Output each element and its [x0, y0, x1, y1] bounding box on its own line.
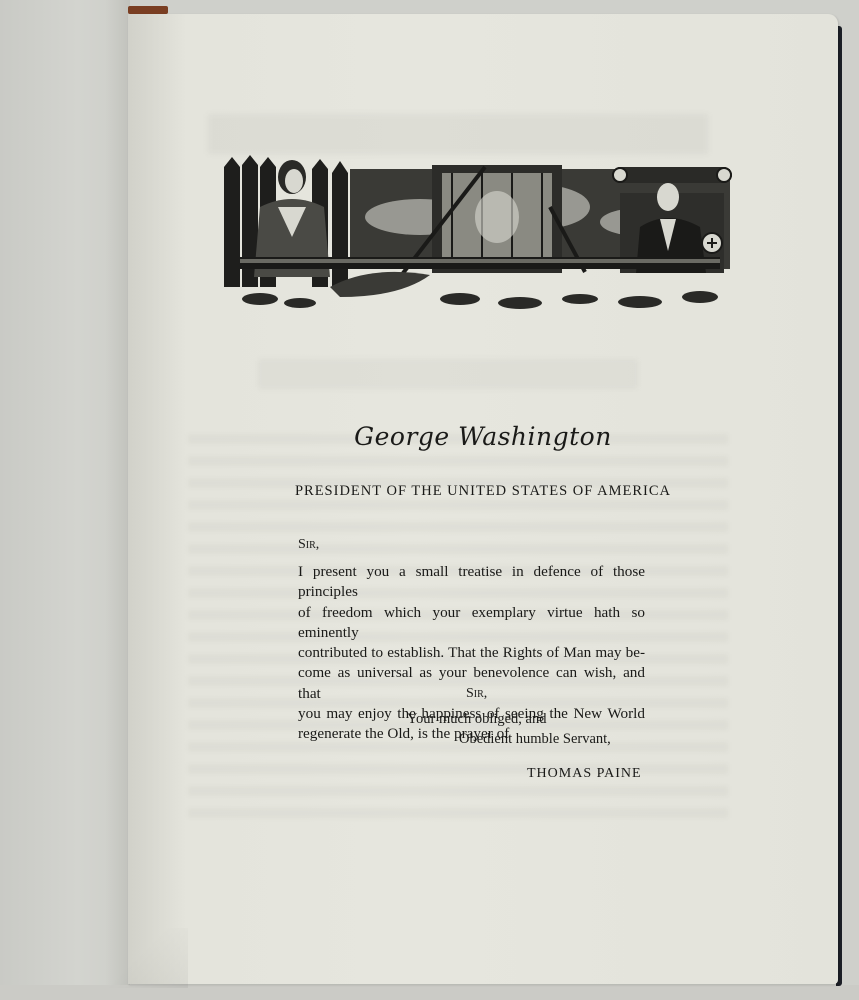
signature: THOMAS PAINE — [527, 766, 642, 782]
book-page: George Washington PRESIDENT OF THE UNITE… — [128, 14, 838, 984]
show-through-subheading — [258, 359, 638, 389]
page-curl — [108, 928, 188, 988]
book-cover-edge — [128, 6, 168, 14]
facing-page-shadow — [105, 0, 130, 1000]
addressee-name: George Washington — [128, 422, 838, 451]
body-line: of freedom which your exemplary virtue h… — [298, 603, 645, 644]
closing-line-2: Obedient humble Servant, — [459, 731, 611, 748]
closing-salutation: Sir, — [466, 686, 487, 702]
closing-line-1: Your much obliged, and — [407, 711, 547, 728]
salutation: Sir, — [298, 537, 319, 553]
body-line: I present you a small treatise in defenc… — [298, 562, 645, 603]
body-line: contributed to establish. That the Right… — [298, 643, 645, 663]
engraving-illustration — [220, 147, 740, 313]
addressee-title: PRESIDENT OF THE UNITED STATES OF AMERIC… — [128, 483, 838, 500]
